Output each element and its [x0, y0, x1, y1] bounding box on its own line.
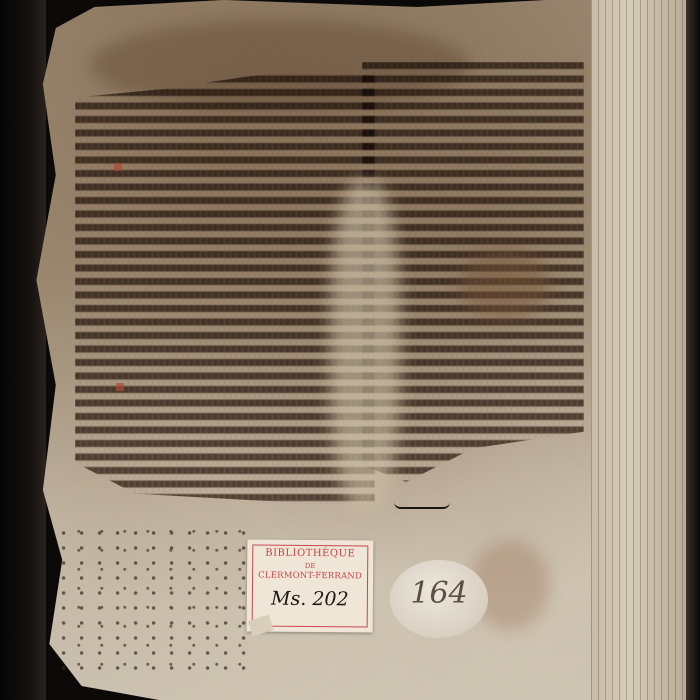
manuscript-photo: BIBLIOTHÈQUE DE CLERMONT-FERRAND Ms. 202… [0, 0, 700, 700]
water-stain [330, 180, 400, 510]
mold-speckles [60, 530, 260, 680]
ink-flourish [394, 502, 450, 509]
label-city: CLERMONT-FERRAND [247, 570, 373, 581]
sticker-number: 164 [390, 576, 488, 611]
water-stain [460, 250, 550, 320]
label-library: BIBLIOTHÈQUE [247, 547, 373, 559]
library-label: BIBLIOTHÈQUE DE CLERMONT-FERRAND Ms. 202 [247, 539, 374, 632]
label-shelfmark: Ms. 202 [247, 587, 373, 610]
round-number-sticker: 164 [390, 560, 488, 638]
page-edges [591, 0, 686, 700]
red-rubric-mark [116, 383, 124, 391]
label-de: DE [247, 561, 373, 570]
red-rubric-mark [114, 163, 122, 171]
right-dark-edge [686, 0, 700, 700]
binding-spine [0, 0, 46, 700]
